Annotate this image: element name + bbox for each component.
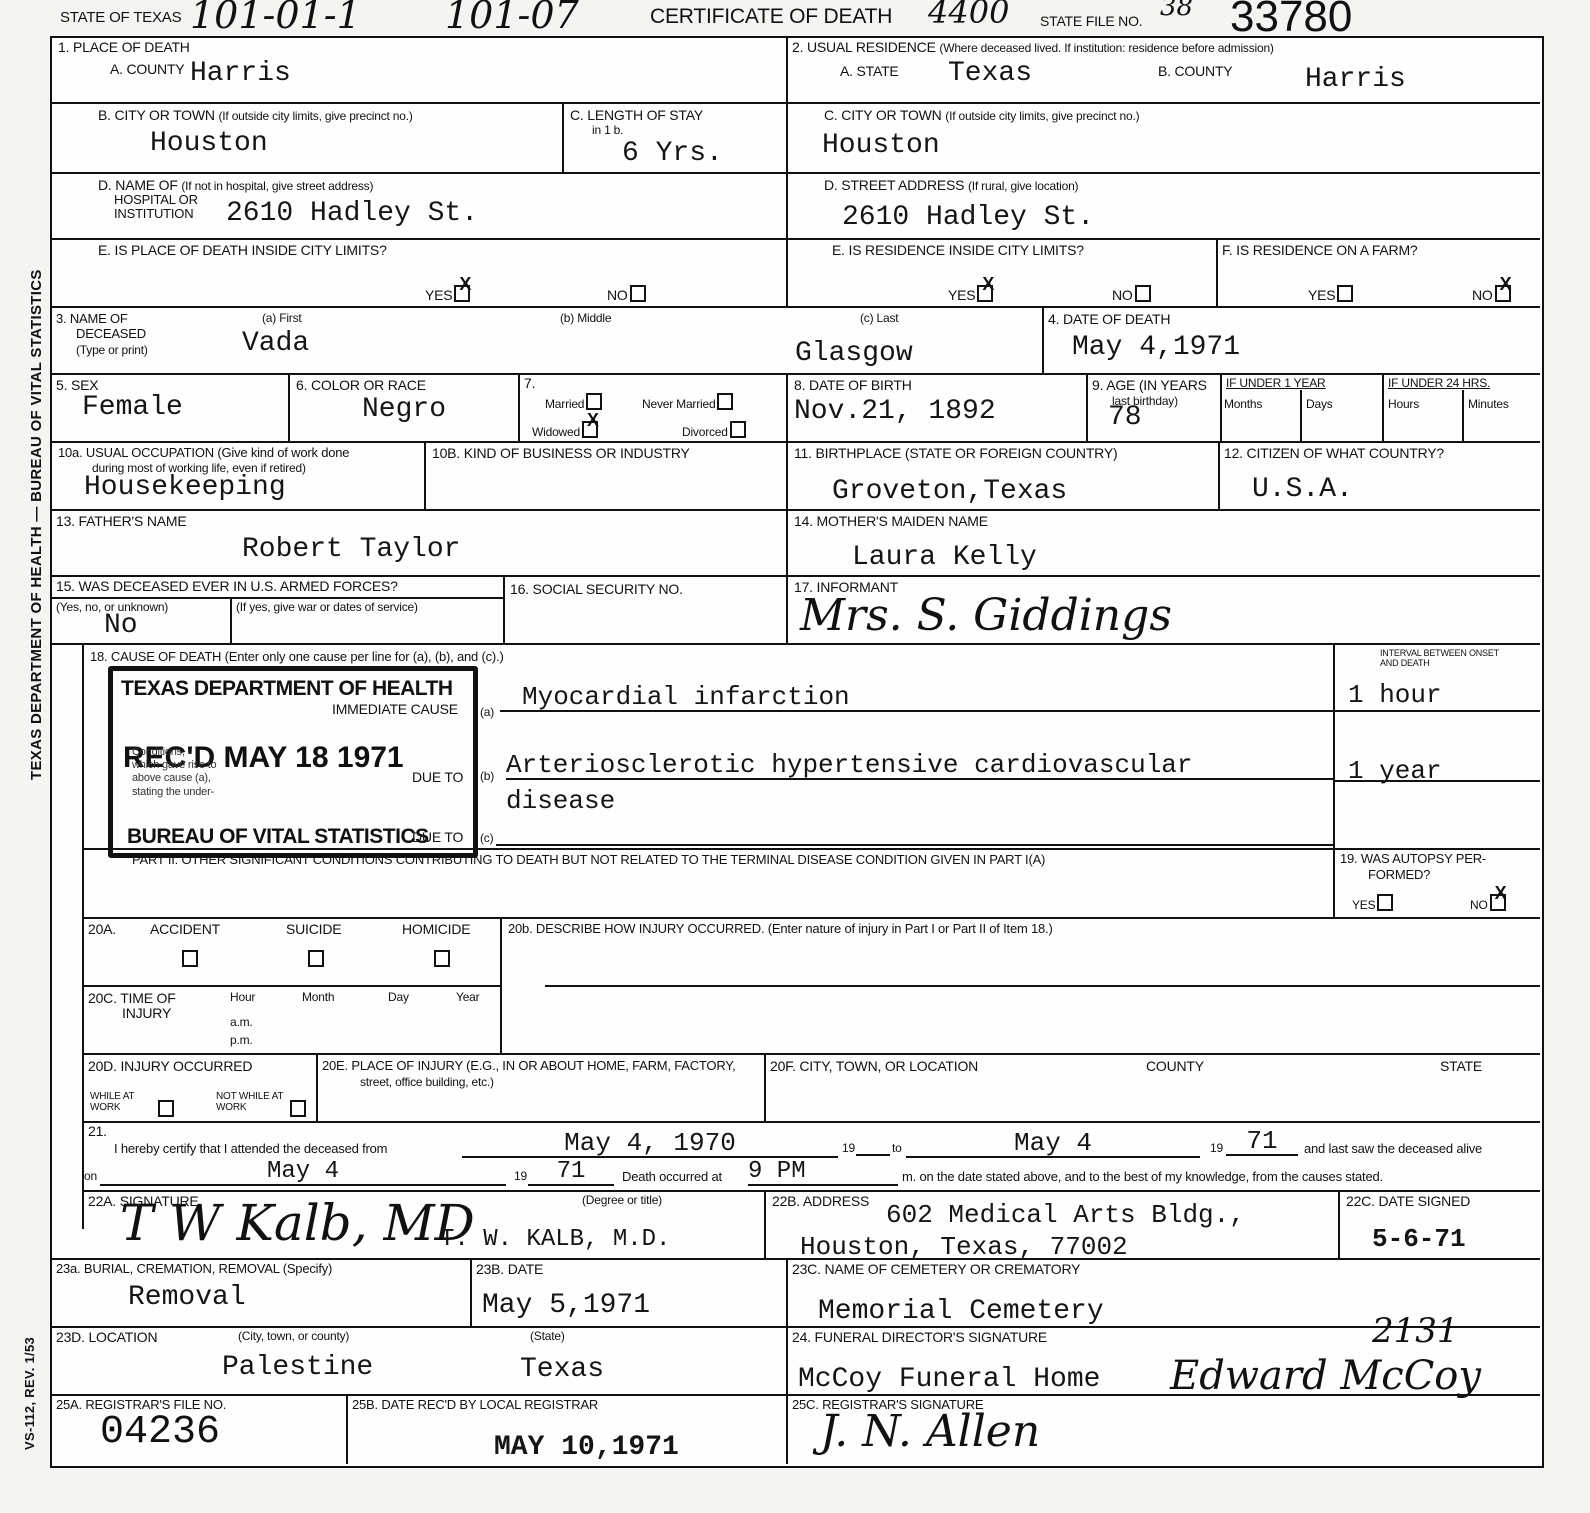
- interval-a[interactable]: 1 hour: [1348, 682, 1442, 708]
- line-c-marker: (c): [480, 832, 493, 845]
- place-injury-label-2: street, office building, etc.): [360, 1076, 494, 1089]
- institution-value[interactable]: 2610 Hadley St.: [226, 200, 478, 228]
- res-city-value[interactable]: Houston: [822, 132, 940, 160]
- stay-sub-label: in 1 b.: [592, 124, 623, 137]
- while-at-work-checkbox[interactable]: [158, 1100, 174, 1117]
- stay-label: c. LENGTH OF STAY: [570, 108, 703, 123]
- pod-county-value[interactable]: Harris: [190, 60, 291, 88]
- disposition-date-label: 23b. DATE: [476, 1262, 543, 1277]
- res-city-label: c. CITY OR TOWN (If outside city limits,…: [824, 108, 1139, 123]
- cert-text-1: I hereby certify that I attended the dec…: [114, 1142, 387, 1156]
- interval-label: INTERVAL BETWEEN ONSET AND DEATH: [1380, 649, 1500, 669]
- age-value[interactable]: 78: [1108, 404, 1142, 432]
- res-county-label: b. COUNTY: [1158, 64, 1232, 79]
- pod-inside-yes-checkbox[interactable]: [454, 285, 470, 302]
- burial-label: 23a. BURIAL, CREMATION, REMOVAL (Specify…: [56, 1262, 332, 1276]
- state-label: STATE OF TEXAS: [60, 10, 181, 26]
- to-label: to: [892, 1142, 902, 1155]
- res-street-label: d. STREET ADDRESS (If rural, give locati…: [824, 178, 1078, 193]
- injury-state-label: STATE: [1440, 1059, 1482, 1074]
- autopsy-yes-checkbox[interactable]: [1377, 894, 1393, 911]
- date-signed-value[interactable]: 5-6-71: [1372, 1226, 1466, 1252]
- name-label-3: (Type or print): [76, 344, 148, 357]
- cause-line-c[interactable]: [496, 826, 1333, 846]
- address-label: 22b. ADDRESS: [772, 1194, 869, 1209]
- autopsy-label-2: FORMED?: [1368, 868, 1430, 882]
- res-state-value[interactable]: Texas: [948, 60, 1032, 88]
- stamp-line-3: BUREAU OF VITAL STATISTICS: [127, 825, 429, 849]
- pod-city-value[interactable]: Houston: [150, 130, 268, 158]
- cert-num: 21.: [88, 1124, 107, 1139]
- institution-label-2: HOSPITAL OR: [114, 193, 198, 207]
- never-married-checkbox[interactable]: [717, 393, 733, 410]
- am-label: a.m.: [230, 1016, 253, 1029]
- first-name-value[interactable]: Vada: [242, 330, 309, 358]
- time-injury-label-2: INJURY: [122, 1006, 171, 1021]
- widowed-checkbox[interactable]: [582, 421, 598, 438]
- farm-label: f. IS RESIDENCE ON A FARM?: [1222, 243, 1418, 258]
- last-seen-year[interactable]: 71: [528, 1160, 614, 1186]
- autopsy-yes: YES: [1352, 894, 1393, 912]
- handwritten-title-note: 4400: [928, 0, 1009, 28]
- injury-type-label: 20a.: [88, 922, 116, 937]
- stamp-line-1: TEXAS DEPARTMENT OF HEALTH: [121, 677, 453, 701]
- marital-married: Married: [545, 393, 602, 411]
- cemetery-label: 23c. NAME OF CEMETERY OR CREMATORY: [792, 1262, 1080, 1277]
- attended-from-date[interactable]: May 4, 1970: [462, 1130, 838, 1158]
- accident-checkbox-wrap: [180, 950, 198, 970]
- stay-value[interactable]: 6 Yrs.: [622, 140, 723, 168]
- handwritten-code-1: 101-01-1: [190, 0, 361, 34]
- homicide-checkbox[interactable]: [434, 950, 450, 967]
- attended-to-date[interactable]: May 4: [906, 1130, 1200, 1158]
- cause-line-b[interactable]: Arteriosclerotic hypertensive cardiovasc…: [506, 752, 1333, 780]
- immediate-cause-label: IMMEDIATE CAUSE: [332, 702, 458, 717]
- cause-line-a[interactable]: Myocardial infarction: [500, 684, 1355, 712]
- father-label: 13. FATHER'S NAME: [56, 514, 187, 529]
- last-seen-date[interactable]: May 4: [100, 1160, 506, 1186]
- funeral-director-number: 2131: [1372, 1314, 1459, 1348]
- hours-label: Hours: [1388, 398, 1419, 411]
- cemetery-value[interactable]: Memorial Cemetery: [818, 1298, 1104, 1326]
- divorced-checkbox[interactable]: [730, 421, 746, 438]
- registrar-date-label: 25b. DATE REC'D BY LOCAL REGISTRAR: [352, 1398, 598, 1412]
- name-label-2: DECEASED: [76, 327, 146, 341]
- race-label: 6. COLOR OR RACE: [296, 378, 426, 393]
- birthplace-label: 11. BIRTHPLACE (State or foreign country…: [794, 446, 1117, 461]
- suicide-checkbox-wrap: [306, 950, 324, 970]
- institution-label: d. NAME OF (If not in hospital, give str…: [98, 178, 373, 193]
- sex-value[interactable]: Female: [82, 394, 183, 422]
- informant-signature[interactable]: Mrs. S. Giddings: [800, 594, 1172, 638]
- to-19: 19: [1210, 1142, 1223, 1155]
- line-b-marker: (b): [480, 770, 494, 783]
- pod-inside-yes: YES: [425, 285, 470, 303]
- registrar-date-value[interactable]: MAY 10,1971: [494, 1434, 679, 1462]
- injury-occurred-label: 20d. INJURY OCCURRED: [88, 1059, 252, 1074]
- place-injury-label: 20e. PLACE OF INJURY (e.g., in or about …: [322, 1059, 736, 1073]
- marital-widowed: Widowed: [532, 421, 598, 439]
- certificate-title: CERTIFICATE OF DEATH: [650, 6, 892, 28]
- pod-inside-limits-label: e. IS PLACE OF DEATH INSIDE CITY LIMITS?: [98, 243, 387, 258]
- armed-sub-2: (If yes, give war or dates of service): [236, 601, 418, 614]
- attended-to-year[interactable]: 71: [1226, 1128, 1298, 1156]
- not-while-at-work-checkbox[interactable]: [290, 1100, 306, 1117]
- burial-value[interactable]: Removal: [128, 1284, 246, 1312]
- res-inside-yes: YES: [948, 285, 993, 303]
- under-year-label: IF UNDER 1 YEAR: [1226, 377, 1325, 390]
- res-inside-yes-checkbox[interactable]: [977, 285, 993, 302]
- marital-num: 7.: [524, 376, 535, 391]
- conditions-hint: Conditions, which gave rise to above cau…: [132, 746, 216, 799]
- res-inside-no: NO: [1112, 285, 1151, 303]
- registrar-signature[interactable]: J. N. Allen: [820, 1410, 1040, 1454]
- marital-divorced: Divorced: [682, 421, 746, 439]
- birthplace-value[interactable]: Groveton,Texas: [832, 478, 1067, 506]
- physician-address-1[interactable]: 602 Medical Arts Bldg.,: [886, 1202, 1245, 1228]
- hour-label: Hour: [230, 991, 255, 1004]
- location-state-value[interactable]: Texas: [520, 1356, 604, 1384]
- homicide-label: HOMICIDE: [402, 922, 470, 937]
- cert-text-3: m. on the date stated above, and to the …: [902, 1170, 1383, 1184]
- dob-value[interactable]: Nov.21, 1892: [794, 398, 996, 426]
- last-name-label: (c) Last: [860, 312, 898, 325]
- while-at-work-label: WHILE AT WORK: [90, 1092, 150, 1113]
- father-value[interactable]: Robert Taylor: [242, 536, 460, 564]
- margin-department-label: TEXAS DEPARTMENT OF HEALTH — BUREAU OF V…: [28, 269, 45, 780]
- ssn-label: 16. SOCIAL SECURITY NO.: [510, 582, 683, 597]
- age-label: 9. AGE (In years: [1092, 378, 1207, 393]
- from-19: 19: [842, 1142, 855, 1155]
- occupation-label: 10a. USUAL OCCUPATION (Give kind of work…: [58, 446, 349, 460]
- minutes-label: Minutes: [1468, 398, 1509, 411]
- under-24-label: IF UNDER 24 HRS.: [1388, 377, 1490, 390]
- occupation-value[interactable]: Housekeeping: [84, 474, 286, 502]
- citizen-value[interactable]: U.S.A.: [1252, 476, 1353, 504]
- not-while-at-work-label: NOT WHILE AT WORK: [216, 1092, 286, 1113]
- res-county-value[interactable]: Harris: [1305, 66, 1406, 94]
- pod-county-label: a. COUNTY: [110, 62, 184, 77]
- sex-label: 5. SEX: [56, 378, 98, 393]
- armed-label: 15. WAS DECEASED EVER IN U.S. ARMED FORC…: [56, 579, 398, 594]
- line-a-marker: (a): [480, 706, 494, 719]
- pod-inside-no: NO: [607, 285, 646, 303]
- day-label: Day: [388, 991, 409, 1004]
- death-at-label: Death occurred at: [622, 1170, 722, 1184]
- date-signed-label: 22c. DATE SIGNED: [1346, 1194, 1470, 1209]
- farm-yes-checkbox[interactable]: [1337, 285, 1353, 302]
- form-id: VS-112, REV. 1/53: [22, 1337, 37, 1450]
- months-label: Months: [1224, 398, 1262, 411]
- armed-value[interactable]: No: [104, 612, 138, 640]
- cert-text-2: and last saw the deceased alive: [1304, 1142, 1482, 1156]
- institution-label-3: INSTITUTION: [114, 207, 193, 221]
- degree-label: (Degree or title): [582, 1194, 662, 1207]
- first-name-label: (a) First: [262, 312, 302, 325]
- state-file-label: STATE FILE NO.: [1040, 14, 1142, 29]
- res-inside-limits-label: e. IS RESIDENCE INSIDE CITY LIMITS?: [832, 243, 1084, 258]
- physician-signature[interactable]: T W Kalb, MD: [120, 1198, 475, 1248]
- autopsy-label: 19. WAS AUTOPSY PER-: [1340, 852, 1486, 866]
- location-state-label: (State): [530, 1330, 565, 1343]
- due-to-label-b: DUE TO: [412, 770, 463, 785]
- farm-no: NO: [1472, 285, 1511, 303]
- business-label: 10b. KIND OF BUSINESS OR INDUSTRY: [432, 446, 690, 461]
- location-city-value[interactable]: Palestine: [222, 1354, 373, 1382]
- funeral-home-value[interactable]: McCoy Funeral Home: [798, 1366, 1100, 1394]
- suicide-label: SUICIDE: [286, 922, 341, 937]
- residence-label: 2. USUAL RESIDENCE (Where deceased lived…: [792, 40, 1274, 55]
- res-inside-no-checkbox[interactable]: [1135, 285, 1151, 302]
- autopsy-no-checkbox[interactable]: [1490, 894, 1506, 911]
- injury-location-label: 20f. CITY, TOWN, OR LOCATION: [770, 1059, 978, 1074]
- registrar-file-value[interactable]: 04236: [100, 1410, 220, 1455]
- dod-value[interactable]: May 4,1971: [1072, 334, 1240, 362]
- accident-label: ACCIDENT: [150, 922, 220, 937]
- death-time[interactable]: 9 PM: [748, 1160, 898, 1186]
- disposition-date-value[interactable]: May 5,1971: [482, 1292, 650, 1320]
- mother-label: 14. MOTHER'S MAIDEN NAME: [794, 514, 988, 529]
- marital-never-married: Never Married: [642, 393, 733, 411]
- physician-typed-name: T. W. KALB, M.D.: [440, 1228, 670, 1252]
- homicide-checkbox-wrap: [432, 950, 450, 970]
- due-to-label-c: DUE TO: [412, 830, 463, 845]
- funeral-director-label: 24. FUNERAL DIRECTOR'S SIGNATURE: [792, 1330, 1047, 1345]
- name-label: 3. NAME OF: [56, 312, 128, 326]
- citizen-label: 12. CITIZEN OF WHAT COUNTRY?: [1224, 446, 1444, 461]
- state-file-prefix: 38: [1160, 0, 1193, 20]
- suicide-checkbox[interactable]: [308, 950, 324, 967]
- on-label: on: [84, 1170, 97, 1183]
- cause-label: 18. CAUSE OF DEATH (Enter only one cause…: [90, 650, 504, 664]
- location-city-label: (City, town, or county): [238, 1330, 349, 1343]
- time-injury-label: 20c. TIME OF: [88, 991, 176, 1006]
- describe-injury-field[interactable]: [508, 940, 1536, 1050]
- dob-label: 8. DATE OF BIRTH: [794, 378, 912, 393]
- interval-b[interactable]: 1 year: [1348, 758, 1442, 784]
- last-19: 19: [514, 1170, 527, 1183]
- middle-name-label: (b) Middle: [560, 312, 611, 325]
- pm-label: p.m.: [230, 1034, 253, 1047]
- married-checkbox[interactable]: [586, 393, 602, 410]
- cause-line-b-2[interactable]: disease: [506, 788, 615, 814]
- part2-label: PART II. OTHER SIGNIFICANT CONDITIONS CO…: [132, 853, 1045, 867]
- month-label: Month: [302, 991, 334, 1004]
- res-state-label: a. STATE: [840, 64, 899, 79]
- race-value[interactable]: Negro: [362, 396, 446, 424]
- injury-county-label: COUNTY: [1146, 1059, 1204, 1074]
- year-label: Year: [456, 991, 479, 1004]
- farm-no-checkbox[interactable]: [1495, 285, 1511, 302]
- accident-checkbox[interactable]: [182, 950, 198, 967]
- place-of-death-label: 1. PLACE OF DEATH: [58, 40, 190, 55]
- handwritten-code-2: 101-07: [445, 0, 579, 34]
- pod-city-label: b. CITY OR TOWN (If outside city limits,…: [98, 108, 413, 123]
- dod-label: 4. DATE OF DEATH: [1048, 312, 1170, 327]
- physician-address-2[interactable]: Houston, Texas, 77002: [800, 1234, 1128, 1260]
- pod-inside-no-checkbox[interactable]: [630, 285, 646, 302]
- farm-yes: YES: [1308, 285, 1353, 303]
- location-label: 23d. LOCATION: [56, 1330, 157, 1345]
- describe-label: 20b. DESCRIBE HOW INJURY OCCURRED. (Ente…: [508, 922, 1053, 936]
- mother-value[interactable]: Laura Kelly: [852, 544, 1037, 572]
- last-name-value[interactable]: Glasgow: [795, 340, 913, 368]
- funeral-director-signature[interactable]: Edward McCoy: [1170, 1356, 1481, 1396]
- days-label: Days: [1306, 398, 1333, 411]
- autopsy-no: NO: [1470, 894, 1506, 912]
- res-street-value[interactable]: 2610 Hadley St.: [842, 204, 1094, 232]
